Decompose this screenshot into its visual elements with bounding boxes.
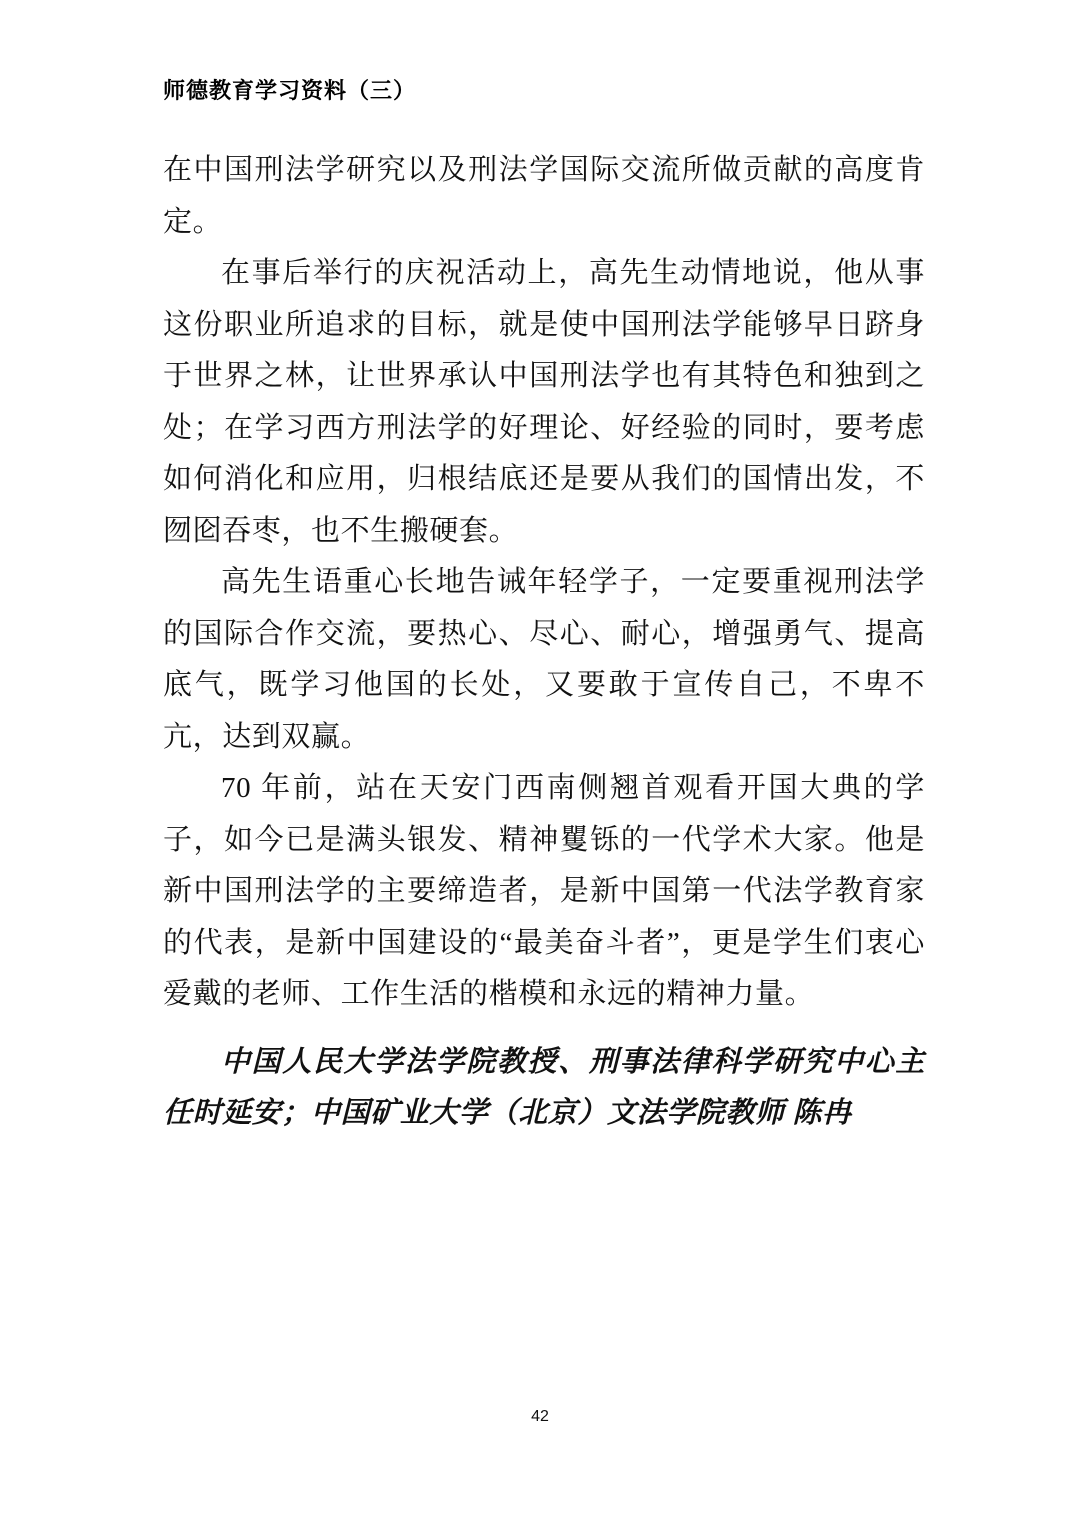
body-paragraph: 在中国刑法学研究以及刑法学国际交流所做贡献的高度肯定。 <box>163 145 925 248</box>
body-paragraph: 70 年前，站在天安门西南侧翘首观看开国大典的学子，如今已是满头银发、精神矍铄的… <box>163 763 925 1021</box>
body-paragraph: 高先生语重心长地告诫年轻学子，一定要重视刑法学的国际合作交流，要热心、尽心、耐心… <box>163 557 925 763</box>
page-number: 42 <box>0 1408 1080 1426</box>
body-paragraph: 在事后举行的庆祝活动上，高先生动情地说，他从事这份职业所追求的目标，就是使中国刑… <box>163 248 925 557</box>
document-page: 师德教育学习资料（三） 在中国刑法学研究以及刑法学国际交流所做贡献的高度肯定。 … <box>163 76 925 1140</box>
document-header: 师德教育学习资料（三） <box>163 76 925 106</box>
signature-line: 中国人民大学法学院教授、刑事法律科学研究中心主任时延安；中国矿业大学（北京）文法… <box>163 1037 925 1140</box>
